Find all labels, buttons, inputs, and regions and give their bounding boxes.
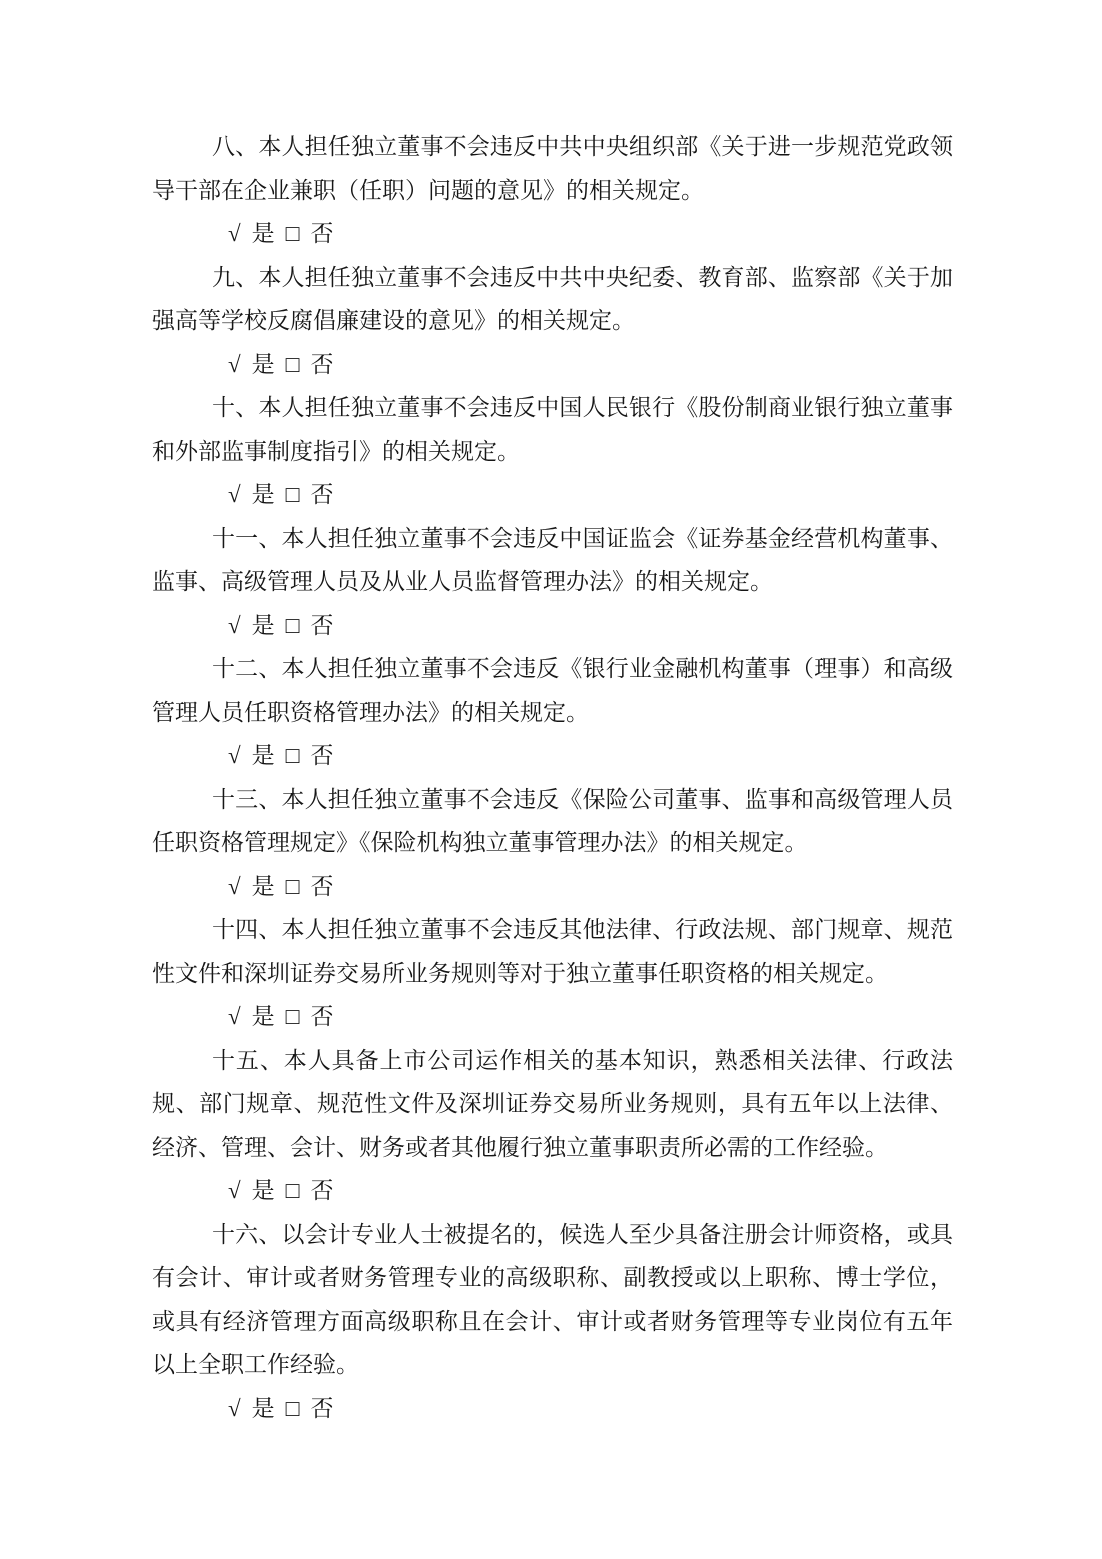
no-label: 否 [311,613,334,638]
document-page: 八、本人担任独立董事不会违反中共中央组织部《关于进一步规范党政领导干部在企业兼职… [0,0,1102,1559]
item-text-line: 任职资格管理规定》《保险机构独立董事管理办法》的相关规定。 [152,821,953,865]
check-mark-icon: √ [228,613,241,638]
declaration-item-十三: 十三、本人担任独立董事不会违反《保险公司董事、监事和高级管理人员任职资格管理规定… [152,778,953,909]
empty-checkbox-icon: □ [286,482,300,507]
item-text-line: 十三、本人担任独立董事不会违反《保险公司董事、监事和高级管理人员 [152,778,953,822]
empty-checkbox-icon: □ [286,613,300,638]
check-mark-icon: √ [228,482,241,507]
item-text-line: 管理人员任职资格管理办法》的相关规定。 [152,691,953,735]
no-label: 否 [311,221,334,246]
declaration-item-十六: 十六、以会计专业人士被提名的，候选人至少具备注册会计师资格，或具有会计、审计或者… [152,1213,953,1431]
no-label: 否 [311,482,334,507]
answer-line: √是□否 [152,212,953,256]
declaration-list: 八、本人担任独立董事不会违反中共中央组织部《关于进一步规范党政领导干部在企业兼职… [152,125,953,1430]
yes-label: 是 [252,482,275,507]
declaration-item-十一: 十一、本人担任独立董事不会违反中国证监会《证券基金经营机构董事、监事、高级管理人… [152,517,953,648]
yes-label: 是 [252,1178,275,1203]
no-label: 否 [311,1004,334,1029]
yes-label: 是 [252,1396,275,1421]
item-text-line: 八、本人担任独立董事不会违反中共中央组织部《关于进一步规范党政领 [152,125,953,169]
yes-label: 是 [252,743,275,768]
empty-checkbox-icon: □ [286,1396,300,1421]
answer-line: √是□否 [152,1387,953,1431]
yes-label: 是 [252,352,275,377]
declaration-item-十二: 十二、本人担任独立董事不会违反《银行业金融机构董事（理事）和高级管理人员任职资格… [152,647,953,778]
yes-label: 是 [252,613,275,638]
no-label: 否 [311,874,334,899]
answer-line: √是□否 [152,473,953,517]
item-text-line: 以上全职工作经验。 [152,1343,953,1387]
answer-line: √是□否 [152,734,953,778]
declaration-item-十五: 十五、本人具备上市公司运作相关的基本知识，熟悉相关法律、行政法规、部门规章、规范… [152,1039,953,1213]
check-mark-icon: √ [228,1178,241,1203]
item-text-line: 规、部门规章、规范性文件及深圳证券交易所业务规则，具有五年以上法律、 [152,1082,953,1126]
empty-checkbox-icon: □ [286,1004,300,1029]
answer-line: √是□否 [152,995,953,1039]
check-mark-icon: √ [228,1004,241,1029]
yes-label: 是 [252,874,275,899]
empty-checkbox-icon: □ [286,352,300,377]
empty-checkbox-icon: □ [286,221,300,246]
empty-checkbox-icon: □ [286,874,300,899]
item-text-line: 有会计、审计或者财务管理专业的高级职称、副教授或以上职称、博士学位， [152,1256,953,1300]
item-text-line: 十四、本人担任独立董事不会违反其他法律、行政法规、部门规章、规范 [152,908,953,952]
empty-checkbox-icon: □ [286,1178,300,1203]
answer-line: √是□否 [152,1169,953,1213]
item-text-line: 十六、以会计专业人士被提名的，候选人至少具备注册会计师资格，或具 [152,1213,953,1257]
item-text-line: 十、本人担任独立董事不会违反中国人民银行《股份制商业银行独立董事 [152,386,953,430]
no-label: 否 [311,352,334,377]
declaration-item-八: 八、本人担任独立董事不会违反中共中央组织部《关于进一步规范党政领导干部在企业兼职… [152,125,953,256]
check-mark-icon: √ [228,743,241,768]
check-mark-icon: √ [228,874,241,899]
item-text-line: 十二、本人担任独立董事不会违反《银行业金融机构董事（理事）和高级 [152,647,953,691]
item-text-line: 性文件和深圳证券交易所业务规则等对于独立董事任职资格的相关规定。 [152,952,953,996]
item-text-line: 十一、本人担任独立董事不会违反中国证监会《证券基金经营机构董事、 [152,517,953,561]
item-text-line: 十五、本人具备上市公司运作相关的基本知识，熟悉相关法律、行政法 [152,1039,953,1083]
answer-line: √是□否 [152,865,953,909]
declaration-item-十四: 十四、本人担任独立董事不会违反其他法律、行政法规、部门规章、规范性文件和深圳证券… [152,908,953,1039]
declaration-item-九: 九、本人担任独立董事不会违反中共中央纪委、教育部、监察部《关于加强高等学校反腐倡… [152,256,953,387]
item-text-line: 经济、管理、会计、财务或者其他履行独立董事职责所必需的工作经验。 [152,1126,953,1170]
answer-line: √是□否 [152,604,953,648]
item-text-line: 九、本人担任独立董事不会违反中共中央纪委、教育部、监察部《关于加 [152,256,953,300]
empty-checkbox-icon: □ [286,743,300,768]
check-mark-icon: √ [228,352,241,377]
no-label: 否 [311,743,334,768]
item-text-line: 强高等学校反腐倡廉建设的意见》的相关规定。 [152,299,953,343]
declaration-item-十: 十、本人担任独立董事不会违反中国人民银行《股份制商业银行独立董事和外部监事制度指… [152,386,953,517]
item-text-line: 或具有经济管理方面高级职称且在会计、审计或者财务管理等专业岗位有五年 [152,1300,953,1344]
yes-label: 是 [252,1004,275,1029]
no-label: 否 [311,1178,334,1203]
item-text-line: 监事、高级管理人员及从业人员监督管理办法》的相关规定。 [152,560,953,604]
check-mark-icon: √ [228,221,241,246]
item-text-line: 导干部在企业兼职（任职）问题的意见》的相关规定。 [152,169,953,213]
check-mark-icon: √ [228,1396,241,1421]
item-text-line: 和外部监事制度指引》的相关规定。 [152,430,953,474]
no-label: 否 [311,1396,334,1421]
yes-label: 是 [252,221,275,246]
answer-line: √是□否 [152,343,953,387]
